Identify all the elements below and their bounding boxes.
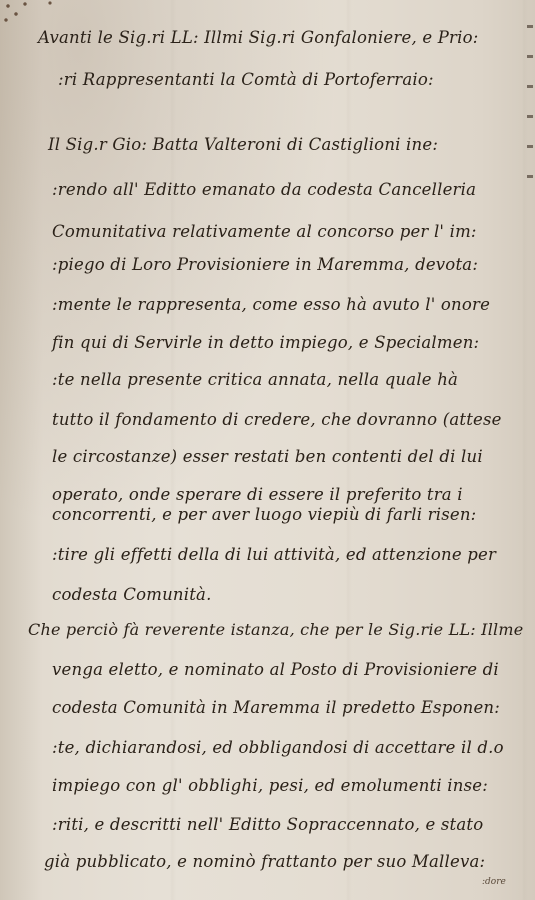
bleed-through-marks	[527, 25, 533, 185]
body-line: venga eletto, e nominato al Posto di Pro…	[52, 660, 499, 679]
manuscript-page: Avanti le Sig.ri LL: Illmi Sig.ri Gonfal…	[0, 0, 535, 900]
body-line: Il Sig.r Gio: Batta Valteroni di Castigl…	[48, 135, 438, 154]
body-line: le circostanze) esser restati ben conten…	[52, 447, 483, 466]
heading-line-2: :ri Rappresentanti la Comtà di Portoferr…	[58, 70, 434, 89]
body-line: :piego di Loro Provisioniere in Maremma,…	[52, 255, 478, 274]
body-line: :te nella presente critica annata, nella…	[52, 370, 458, 389]
body-line: già pubblicato, e nominò frattanto per s…	[44, 852, 485, 871]
body-line: :rendo all' Editto emanato da codesta Ca…	[52, 180, 476, 199]
body-line: Comunitativa relativamente al concorso p…	[52, 222, 477, 241]
body-line: operato, onde sperare di essere il prefe…	[52, 485, 463, 504]
body-line: tutto il fondamento di credere, che dovr…	[52, 410, 502, 429]
body-line: :tire gli effetti della di lui attività,…	[52, 545, 496, 564]
body-line: Che perciò fà reverente istanza, che per…	[28, 620, 523, 639]
body-line: codesta Comunità in Maremma il predetto …	[52, 698, 500, 717]
body-line: impiego con gl' obblighi, pesi, ed emolu…	[52, 776, 488, 795]
body-line: :te, dichiarandosi, ed obbligandosi di a…	[52, 738, 504, 757]
catchword: :dore	[482, 877, 506, 887]
heading-line-1: Avanti le Sig.ri LL: Illmi Sig.ri Gonfal…	[38, 28, 479, 47]
body-line: concorrenti, e per aver luogo viepiù di …	[52, 505, 476, 524]
body-line: fin qui di Servirle in detto impiego, e …	[52, 333, 479, 352]
body-line: codesta Comunità.	[52, 585, 212, 604]
body-line: :mente le rappresenta, come esso hà avut…	[52, 295, 490, 314]
ink-stains	[0, 0, 60, 30]
body-line: :riti, e descritti nell' Editto Sopracce…	[52, 815, 483, 834]
